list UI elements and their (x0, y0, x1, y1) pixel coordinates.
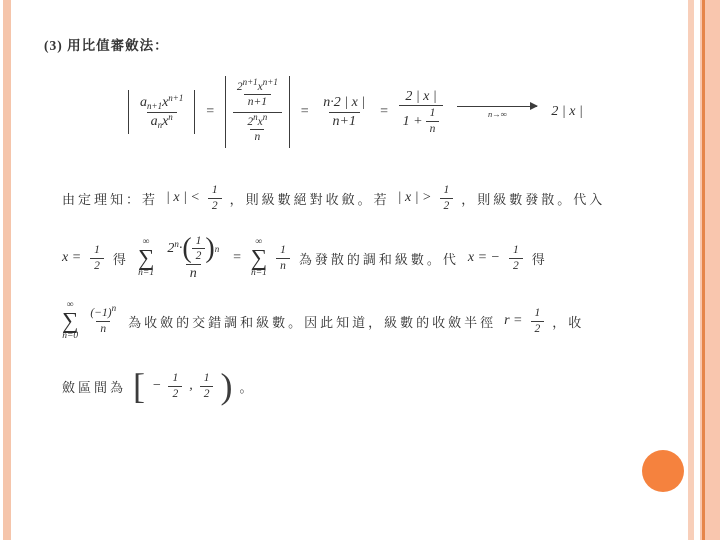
conclusion-line: ∞ ∑ n=0 (−1)n n 為收斂的交錯調和級數。因此知道，級數的收斂半徑 … (62, 292, 584, 350)
inner-fraction: 1 n (426, 106, 440, 136)
text-segment: ，則級數絕對收斂。若 (230, 189, 390, 208)
fraction-one-half: 1 2 (90, 243, 104, 273)
bottom-fraction: 2nxn n (243, 115, 271, 145)
sigma-symbol: ∑ (62, 310, 78, 332)
compound-fraction: 2n+1xn+1 n+1 2nxn n (233, 80, 282, 145)
numerator: 2nxn (243, 115, 271, 129)
denominator: n+1 (244, 94, 271, 109)
numerator: 2n+1xn+1 (233, 80, 282, 94)
left-paren: ( (182, 236, 191, 261)
summation: ∞ ∑ n=1 (251, 238, 267, 279)
right-paren: ) (220, 368, 232, 404)
numerator: 1 (192, 234, 206, 248)
lower-limit: n=1 (138, 269, 154, 279)
equals-sign: = (232, 250, 241, 266)
lower-limit: n=0 (62, 332, 78, 342)
radius-equals: r = (504, 313, 522, 329)
top-fraction: 2n+1xn+1 n+1 (233, 80, 282, 110)
minus-sign: − (152, 378, 161, 394)
denominator: 2 (200, 386, 214, 401)
text-segment: ，收 (552, 312, 584, 331)
series-term-fraction: 2n· ( 1 2 ) n n (163, 234, 223, 282)
denominator: n (250, 129, 264, 144)
numerator: 2n· ( 1 2 ) n (163, 234, 223, 264)
text-segment: 由定理知：若 (62, 189, 158, 208)
summation: ∞ ∑ n=1 (138, 238, 154, 279)
denominator: 2 (90, 258, 104, 273)
interval-line: 斂區間為 [ − 1 2 , 1 2 ) 。 (62, 354, 255, 418)
denominator: n (276, 258, 290, 273)
text-segment: 為發散的調和級數。代 (299, 249, 459, 268)
slide-title: (3) 用比值審斂法： (44, 34, 169, 54)
condition-text-line: 由定理知：若 | x | < 1 2 ，則級數絕對收斂。若 | x | > 1 … (62, 176, 605, 220)
period: 。 (239, 377, 255, 396)
numerator: 1 (426, 106, 440, 120)
denominator: 2 (509, 258, 523, 273)
x-equals: x = (62, 250, 81, 266)
numerator: 1 (531, 306, 545, 320)
fraction-one-half: 1 2 (208, 183, 222, 213)
text-segment: 斂區間為 (62, 377, 126, 396)
arrow-shaft (457, 106, 537, 107)
fraction-one-half: 1 2 (168, 371, 182, 401)
sigma-symbol: ∑ (138, 247, 154, 269)
fraction-one-over-n: 1 n (276, 243, 290, 273)
alternating-term-fraction: (−1)n n (86, 306, 120, 336)
denominator: anxn (147, 112, 177, 131)
slide-canvas: (3) 用比值審斂法： an+1xn+1 anxn = 2n+1xn+1 n+1… (0, 0, 720, 540)
denominator: n (96, 321, 110, 336)
abs-value-2: 2n+1xn+1 n+1 2nxn n (225, 76, 290, 149)
denominator-text: 1 + (403, 113, 423, 131)
ratio-test-equation: an+1xn+1 anxn = 2n+1xn+1 n+1 2nxn n = n·… (128, 62, 583, 162)
arrow-label: n→∞ (488, 109, 507, 119)
comma: , (189, 378, 193, 394)
inner-fraction: 1 2 (192, 234, 206, 264)
equals-sign: = (300, 104, 309, 120)
coefficient: 2n· (167, 240, 182, 258)
numerator: 1 (90, 243, 104, 257)
denominator: 2 (208, 198, 222, 213)
numerator: 1 (208, 183, 222, 197)
numerator: n·2 | x | (319, 94, 369, 112)
text-segment: 為收斂的交錯調和級數。因此知道，級數的收斂半徑 (128, 312, 496, 331)
substitution-line: x = 1 2 得 ∞ ∑ n=1 2n· ( 1 2 ) n n = (62, 224, 548, 292)
fraction-limit-form: 2 | x | 1 + 1 n (399, 88, 444, 136)
x-equals: x = − (468, 250, 500, 266)
numerator: 2 | x | (401, 88, 440, 106)
fraction-one-half: 1 2 (531, 306, 545, 336)
denominator: 2 (192, 248, 206, 263)
equals-sign: = (379, 104, 388, 120)
abs-value-1: an+1xn+1 anxn (128, 90, 195, 134)
denominator: 2 (440, 198, 454, 213)
numerator: (−1)n (86, 306, 120, 320)
denominator: 2 (531, 321, 545, 336)
denominator: n (426, 121, 440, 136)
text-segment: 得 (113, 249, 129, 268)
denominator: 1 + 1 n (399, 105, 444, 136)
fraction-simplified: n·2 | x | n+1 (319, 94, 369, 130)
right-accent-line (702, 0, 705, 540)
numerator: 1 (168, 371, 182, 385)
bottom-right-circle (642, 450, 684, 492)
equals-sign: = (205, 104, 214, 120)
fraction-one-half: 1 2 (509, 243, 523, 273)
text-segment: ，則級數發散。代入 (461, 189, 605, 208)
fraction-general-term: an+1xn+1 anxn (136, 94, 187, 130)
summation: ∞ ∑ n=0 (62, 301, 78, 342)
limit-result: 2 | x | (551, 104, 582, 120)
numerator: 1 (440, 183, 454, 197)
inequality: | x | < (166, 190, 200, 206)
denominator: n+1 (329, 112, 360, 131)
limit-arrow: n→∞ (457, 106, 537, 119)
lower-limit: n=1 (251, 269, 267, 279)
fraction-one-half: 1 2 (200, 371, 214, 401)
inequality: | x | > (398, 190, 432, 206)
right-paren: ) (205, 236, 214, 261)
numerator: 1 (200, 371, 214, 385)
denominator: 2 (168, 386, 182, 401)
left-border-stripe (3, 0, 11, 540)
numerator: 1 (276, 243, 290, 257)
denominator: n (186, 264, 201, 283)
text-segment: 得 (532, 249, 548, 268)
numerator: 1 (509, 243, 523, 257)
sigma-symbol: ∑ (251, 247, 267, 269)
fraction-one-half: 1 2 (440, 183, 454, 213)
left-bracket: [ (133, 368, 145, 404)
right-thin-stripe (688, 0, 694, 540)
numerator: an+1xn+1 (136, 94, 187, 112)
